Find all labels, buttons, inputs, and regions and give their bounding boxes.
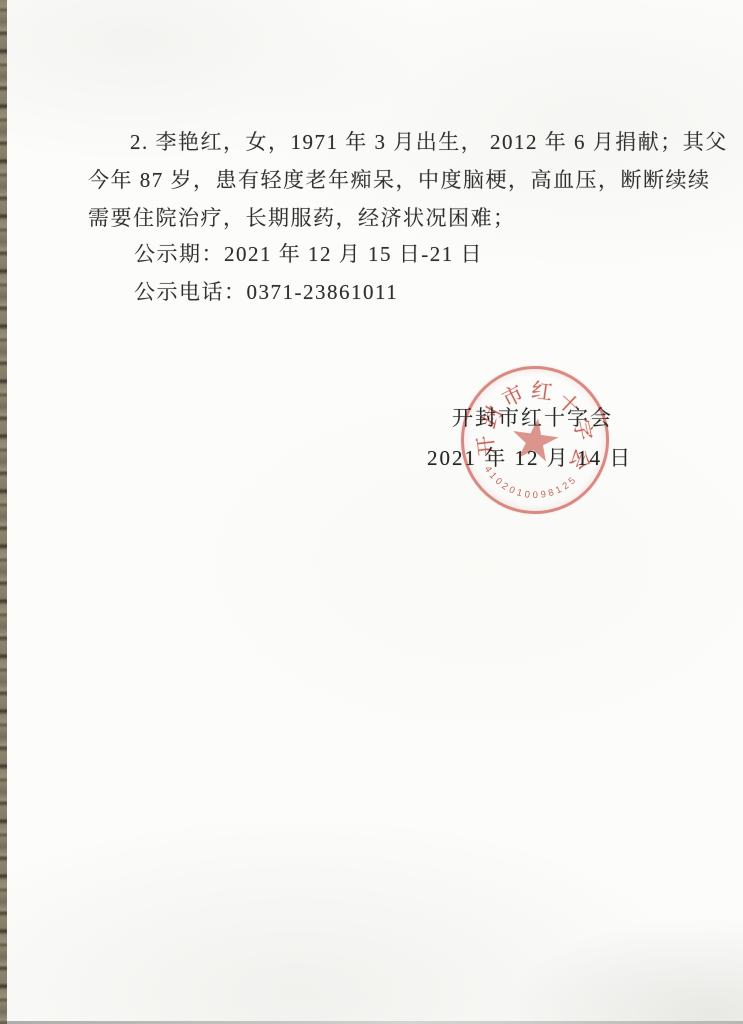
signature-org-name: 开封市红十字会 [452, 402, 613, 432]
body-paragraph-line-2: 今年 87 岁，患有轻度老年痴呆，中度脑梗，高血压，断断续续 [88, 167, 711, 193]
notice-period-line: 公示期：2021 年 12 月 15 日-21 日 [134, 241, 483, 267]
signature-date: 2021 年 12 月 14 日 [427, 442, 632, 472]
scanner-left-edge [0, 0, 7, 1024]
seal-ring-char: 红 [528, 378, 555, 405]
body-paragraph-line-1: 2. 李艳红，女，1971 年 3 月出生， 2012 年 6 月捐献；其父 [130, 129, 728, 155]
body-paragraph-line-3: 需要住院治疗，长期服药，经济状况困难； [88, 205, 516, 231]
scanned-document-page: 2. 李艳红，女，1971 年 3 月出生， 2012 年 6 月捐献；其父 今… [0, 0, 743, 1024]
notice-phone-line: 公示电话：0371-23861011 [134, 279, 398, 305]
red-cross-seal: 开 封 市 红 十 字 会 4 1 0 2 0 1 0 0 9 8 1 2 5 [451, 356, 618, 523]
